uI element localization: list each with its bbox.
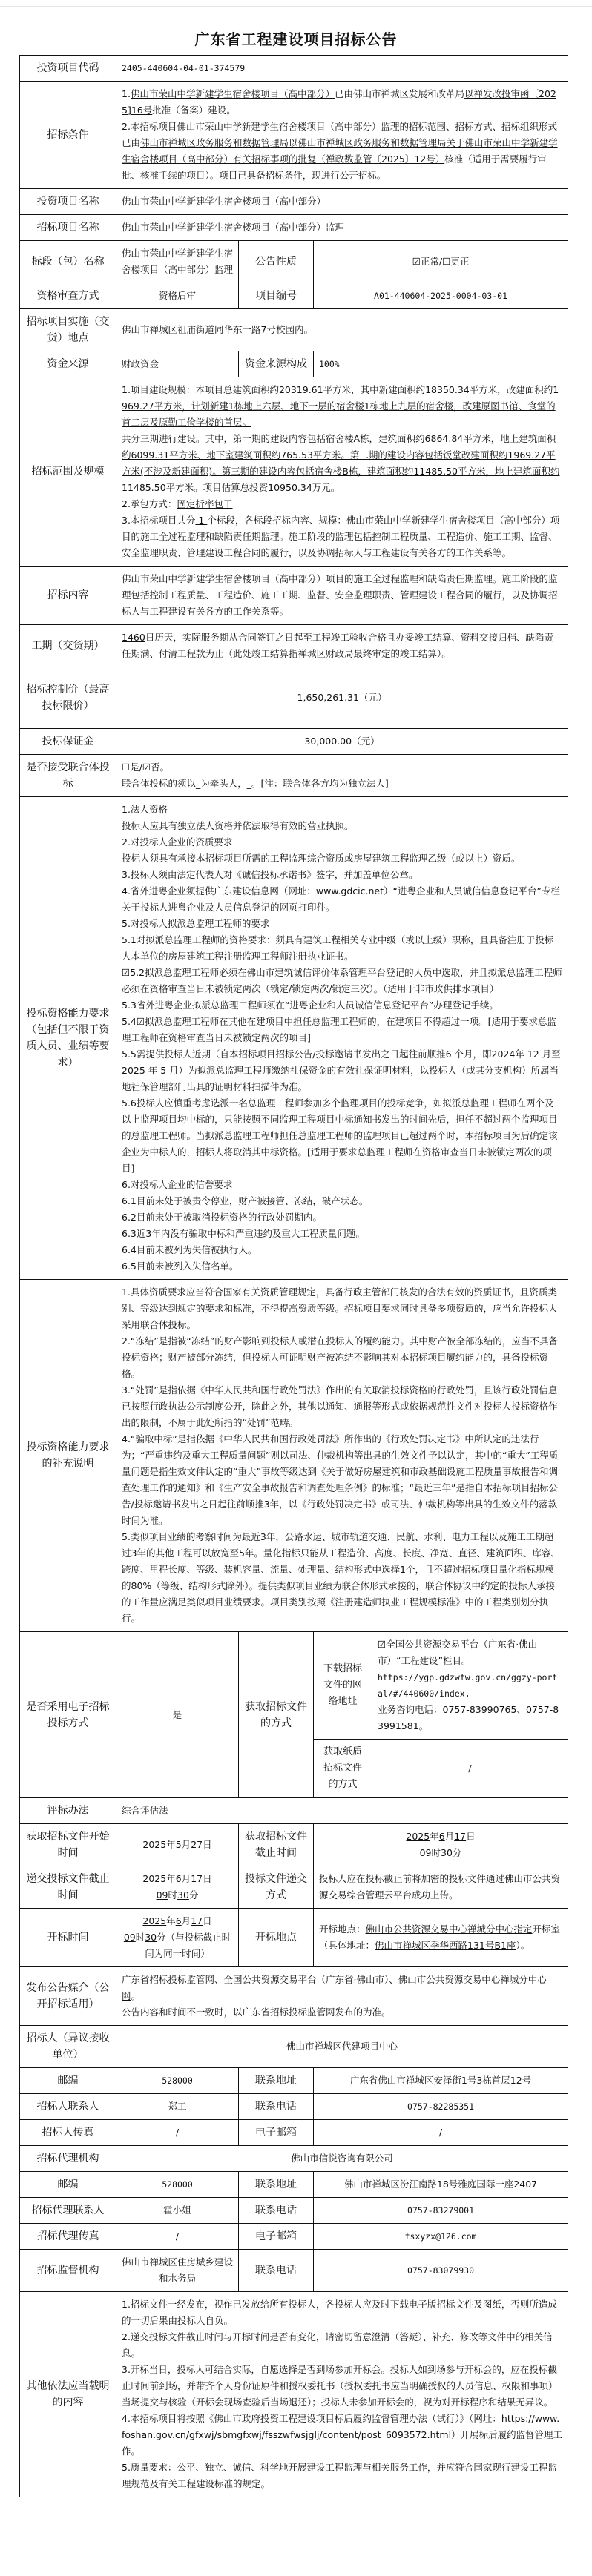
month: 6 bbox=[439, 1831, 445, 1842]
text: 2.本招标项目 bbox=[122, 121, 177, 132]
tenderer-fax-label: 招标人传真 bbox=[20, 2120, 116, 2146]
evaluation-value: 综合评估法 bbox=[116, 1798, 568, 1824]
other-line: 5.质量要求：公平、独立、诚信、科学地开展建设工程监理与相关服务工作，并应符合国… bbox=[122, 2460, 562, 2492]
tenderer-addr-value: 广东省佛山市禅城区安泽街1号3栋首层12号 bbox=[314, 2068, 568, 2094]
text: 广东省招标投标监管网、全国公共资源交易平台（广东省·佛山市）、 bbox=[122, 1974, 398, 1985]
qual-line: 投标人须具有承接本招标项目所需的工程监理综合资质或房屋建筑工程监理乙级（或以上）… bbox=[122, 851, 562, 867]
tenderer-fax-value: / bbox=[116, 2120, 239, 2146]
consult-phone: 业务咨询电话：0757-83990765、0757-83991581。 bbox=[378, 1702, 562, 1734]
consortium-note: 联合体投标的须以_为牵头人，_。[注：联合体各方均为独立法人] bbox=[122, 776, 562, 792]
qual-line: ☑5.2拟派总监理工程师必须在佛山市建筑诚信评价体系管理平台登记的人员中选取，并… bbox=[122, 965, 562, 997]
row-conditions: 招标条件 1.佛山市荣山中学新建学生宿舍楼项目（高中部分）已由佛山市禅城区发展和… bbox=[20, 82, 568, 189]
text: 以 bbox=[289, 137, 298, 148]
tenderer-contact-label: 招标人联系人 bbox=[20, 2094, 116, 2120]
qual-line: 投标人应具有独立法人资格并依法取得有效的营业执照。 bbox=[122, 818, 562, 834]
minute: 30 bbox=[177, 1889, 189, 1900]
row-agency-post: 邮编 528000 联系地址 佛山市禅城区汾江南路18号雅庭国际一座2407 bbox=[20, 2172, 568, 2198]
obtain-end-value: 2025年6月17日09时30分 bbox=[314, 1824, 568, 1866]
scope-value: 1.项目建设规模：本项目总建筑面积约20319.61平方米，其中新建面积约183… bbox=[116, 377, 568, 567]
bid-name-label: 招标项目名称 bbox=[20, 215, 116, 241]
row-funding: 资金来源 财政资金 资金来源构成 100% bbox=[20, 351, 568, 377]
other-label: 其他依法应当载明的内容 bbox=[20, 2292, 116, 2497]
row-agency-contact: 招标代理联系人 霍小姐 联系电话 0757-83279001 bbox=[20, 2198, 568, 2224]
opening-place-label: 开标地点 bbox=[239, 1909, 314, 1967]
minute: 30 bbox=[145, 1932, 157, 1943]
text: 1.项目建设规模： bbox=[122, 384, 195, 395]
year: 2025 bbox=[142, 1873, 166, 1884]
platform-text: ☑全国公共资源交易平台（广东省·佛山市）“工程建设”栏目。 bbox=[378, 1637, 562, 1669]
section-value: 佛山市荣山中学新建学生宿舍楼项目（高中部分）监理 bbox=[116, 241, 239, 283]
text: 1. bbox=[122, 88, 131, 99]
other-value: 1.招标文件一经发布，视作已发放给所有投标人，各投标人应及时下载电子版招标文件及… bbox=[116, 2292, 568, 2497]
agency-phone-label: 联系电话 bbox=[239, 2198, 314, 2224]
qual-line: 5.1对拟派总监理工程师的资格要求：须具有建筑工程相关专业中级（或以上级）职称，… bbox=[122, 932, 562, 965]
agency-post-label: 邮编 bbox=[20, 2172, 116, 2198]
text: 已由佛山市禅城区发展和改革局 bbox=[335, 88, 464, 99]
location-value: 佛山市禅城区祖庙街道同华东一路7号校园内。 bbox=[116, 309, 568, 351]
submit-method-value: 投标人应在投标截止前将加密的投标文件通过佛山市公共资源交易综合管理云平台成功上传… bbox=[314, 1866, 568, 1909]
agency-email-value[interactable]: fsxyzx@126.com bbox=[314, 2224, 568, 2250]
agency-value: 佛山市信悦咨询有限公司 bbox=[116, 2146, 568, 2172]
qual-line: 4.省外进粤企业须提供广东建设信息网（网址：www.gdcic.net）“进粤企… bbox=[122, 883, 562, 916]
year: 2025 bbox=[142, 1915, 166, 1926]
row-bid-name: 招标项目名称 佛山市荣山中学新建学生宿舍楼项目（高中部分）监理 bbox=[20, 215, 568, 241]
qual-line: 6.2目前未处于被取消投标资格的行政处罚期内。 bbox=[122, 1209, 562, 1226]
tenderer-phone-value: 0757-82285351 bbox=[314, 2094, 568, 2120]
invest-name-label: 投资项目名称 bbox=[20, 189, 116, 215]
funding-label: 资金来源 bbox=[20, 351, 116, 377]
row-scope: 招标范围及规模 1.项目建设规模：本项目总建筑面积约20319.61平方米，其中… bbox=[20, 377, 568, 567]
invest-code-label: 投资项目代码 bbox=[20, 56, 116, 82]
tenderer-email-value: / bbox=[314, 2120, 568, 2146]
consortium-label: 是否接受联合体投标 bbox=[20, 755, 116, 797]
funding-value: 财政资金 bbox=[116, 351, 239, 377]
agency-post-value: 528000 bbox=[116, 2172, 239, 2198]
content-label: 招标内容 bbox=[20, 567, 116, 625]
bid-name-value: 佛山市荣山中学新建学生宿舍楼项目（高中部分）监理 bbox=[116, 215, 568, 241]
row-opening: 开标时间 2025年6月17日09时30分（与投标截止时间为同一时间） 开标地点… bbox=[20, 1909, 568, 1967]
agency-label: 招标代理机构 bbox=[20, 2146, 116, 2172]
qual-line: 2.对投标人企业的资质要求 bbox=[122, 834, 562, 851]
month: 6 bbox=[176, 1873, 182, 1884]
invest-name-value: 佛山市荣山中学新建学生宿舍楼项目（高中部分） bbox=[116, 189, 568, 215]
qual-line: 6.1目前未处于被责令停业，财产被接管、冻结，破产状态。 bbox=[122, 1193, 562, 1209]
qualification-label: 投标资格能力要求（包括但不限于资质人员、业绩等要求） bbox=[20, 797, 116, 1280]
media-note: 公告内容和时间不一致时，以广东省招标投标监管网发布的为准。 bbox=[122, 2007, 391, 2018]
page-bottom-space bbox=[0, 2497, 592, 2542]
paper-label: 获取纸质招标文件的方式 bbox=[314, 1740, 372, 1798]
conditions-value: 1.佛山市荣山中学新建学生宿舍楼项目（高中部分）已由佛山市禅城区发展和改革局以禅… bbox=[116, 82, 568, 189]
agency-email-label: 电子邮箱 bbox=[239, 2224, 314, 2250]
conditions-label: 招标条件 bbox=[20, 82, 116, 189]
period-value: 1460日历天，实际服务期从合同签订之日起至工程竣工验收合格且办妥竣工结算、资料… bbox=[116, 625, 568, 667]
row-tenderer-fax: 招标人传真 / 电子邮箱 / bbox=[20, 2120, 568, 2146]
electronic-label: 是否采用电子招标投标方式 bbox=[20, 1632, 116, 1798]
row-submit: 递交投标文件截止时间 2025年6月17日09时30分 投标文件递交方式 投标人… bbox=[20, 1866, 568, 1909]
supp-line: 2.“冻结”是指被“冻结”的财产影响到投标人或潜在投标人的履约能力。其中财产被全… bbox=[122, 1333, 562, 1382]
code-value: A01-440604-2025-0004-03-01 bbox=[314, 283, 568, 309]
supp-line: 4.“骗取中标”是指依据《中华人民共和国行政处罚法》所作出的《行政处罚决定书》中… bbox=[122, 1431, 562, 1529]
obtain-start-value: 2025年5月27日 bbox=[116, 1824, 239, 1866]
qualification-value: 1.法人资格 投标人应具有独立法人资格并依法取得有效的营业执照。 2.对投标人企… bbox=[116, 797, 568, 1280]
qual-line: 3.投标人须由法定代表人对《诚信投标承诺书》签字，并加盖单位公章。 bbox=[122, 867, 562, 883]
electronic-value: 是 bbox=[116, 1632, 239, 1798]
qual-line: 5.对投标人拟派总监理工程师的要求 bbox=[122, 916, 562, 932]
row-supervisor: 招标监督机构 佛山市禅城区住房城乡建设和水务局 联系电话 0757-830799… bbox=[20, 2250, 568, 2292]
row-electronic: 是否采用电子招标投标方式 是 获取招标文件的方式 下载招标文件的网络地址 ☑全国… bbox=[20, 1632, 568, 1740]
tenderer-phone-label: 联系电话 bbox=[239, 2094, 314, 2120]
row-obtain-time: 获取招标文件开始时间 2025年5月27日 获取招标文件截止时间 2025年6月… bbox=[20, 1824, 568, 1866]
time-note: （与投标截止时间为同一时间） bbox=[145, 1932, 231, 1959]
agency-fax-value: / bbox=[116, 2224, 239, 2250]
other-line: 2.递交投标文件截止时间与开标时间是否有变化，请密切留意澄清（答疑）、补充、修改… bbox=[122, 2329, 562, 2362]
page-title: 广东省工程建设项目招标公告 bbox=[0, 7, 592, 55]
submit-label: 递交投标文件截止时间 bbox=[20, 1866, 116, 1909]
text: 开标地点： bbox=[319, 1923, 366, 1935]
other-line: 3.开标当日，投标人可结合实际，自愿选择是否到场参加开标会。投标人如到场参与开标… bbox=[122, 2362, 562, 2411]
row-tenderer-contact: 招标人联系人 郑工 联系电话 0757-82285351 bbox=[20, 2094, 568, 2120]
qual-line: 5.6投标人应慎重考虑选派一名总监理工程师参加多个监理项目的投标竞争，如拟派总监… bbox=[122, 1095, 562, 1177]
qual-line: 6.4目前未被列为失信被执行人。 bbox=[122, 1242, 562, 1258]
day: 17 bbox=[191, 1873, 203, 1884]
opening-time: 2025年6月17日09时30分（与投标截止时间为同一时间） bbox=[116, 1909, 239, 1967]
qual-line: 6.对投标人企业的信誉要求 bbox=[122, 1177, 562, 1193]
day: 17 bbox=[191, 1915, 203, 1926]
text: 。 bbox=[131, 1990, 141, 2001]
day: 27 bbox=[191, 1839, 203, 1850]
code-label: 项目编号 bbox=[239, 283, 314, 309]
price-value: 1,650,261.31（元） bbox=[116, 667, 568, 729]
qual-line: 5.3省外进粤企业拟派总监理工程师须在“进粤企业和人员诚信信息登记平台”办理登记… bbox=[122, 997, 562, 1014]
supp-line: 1.具体资质要求应当符合国家有关资质管理规定，具备行政主管部门核发的合法有效的资… bbox=[122, 1284, 562, 1333]
tenderer-addr-label: 联系地址 bbox=[239, 2068, 314, 2094]
download-label: 下载招标文件的网络地址 bbox=[314, 1632, 372, 1740]
text: 以 bbox=[464, 88, 474, 99]
row-period: 工期（交货期） 1460日历天，实际服务期从合同签订之日起至工程竣工验收合格且办… bbox=[20, 625, 568, 667]
obtain-method-label: 获取招标文件的方式 bbox=[239, 1632, 314, 1798]
venue: 佛山市公共资源交易中心禅城分中心指定 bbox=[366, 1923, 533, 1935]
hour: 09 bbox=[157, 1889, 168, 1900]
nature-value: ☑正常/☐更正 bbox=[314, 241, 568, 283]
supplement-label: 投标资格能力要求的补充说明 bbox=[20, 1280, 116, 1632]
row-other: 其他依法应当载明的内容 1.招标文件一经发布，视作已发放给所有投标人，各投标人应… bbox=[20, 2292, 568, 2497]
text: 3.本招标项目共分 bbox=[122, 515, 195, 526]
project-name-link: 佛山市荣山中学新建学生宿舍楼项目（高中部分） bbox=[131, 88, 335, 99]
phases-text: 共分三期进行建设。其中，第一期的建设内容包括宿舍楼A栋，建筑面积约6864.84… bbox=[122, 433, 559, 493]
row-price: 招标控制价（最高投标限价） 1,650,261.31（元） bbox=[20, 667, 568, 729]
minute: 30 bbox=[441, 1847, 453, 1858]
nature-label: 公告性质 bbox=[239, 241, 314, 283]
other-line: 1.招标文件一经发布，视作已发放给所有投标人，各投标人应及时下载电子版招标文件及… bbox=[122, 2296, 562, 2329]
qual-line: 6.3近3年内没有骗取中标和严重违约及重大工程质量问题。 bbox=[122, 1226, 562, 1242]
address: 佛山市禅城区季华西路131号B1座 bbox=[375, 1940, 516, 1951]
hour: 09 bbox=[420, 1847, 432, 1858]
days: 1460 bbox=[122, 632, 145, 643]
period-label: 工期（交货期） bbox=[20, 625, 116, 667]
price-label: 招标控制价（最高投标限价） bbox=[20, 667, 116, 729]
content-value: 佛山市荣山中学新建学生宿舍楼项目（高中部分）项目的施工全过程监理和缺陷责任期监理… bbox=[116, 567, 568, 625]
supplement-value: 1.具体资质要求应当符合国家有关资质管理规定，具备行政主管部门核发的合法有效的资… bbox=[116, 1280, 568, 1632]
agency-addr-value: 佛山市禅城区汾江南路18号雅庭国际一座2407 bbox=[314, 2172, 568, 2198]
media-label: 发布公告媒介（公开招标适用） bbox=[20, 1967, 116, 2026]
row-tenderer-post: 邮编 528000 联系地址 广东省佛山市禅城区安泽街1号3栋首层12号 bbox=[20, 2068, 568, 2094]
evaluation-label: 评标办法 bbox=[20, 1798, 116, 1824]
agency-addr-label: 联系地址 bbox=[239, 2172, 314, 2198]
month: 6 bbox=[176, 1915, 182, 1926]
qual-line: 6.5目前未被列入失信名单。 bbox=[122, 1258, 562, 1275]
row-invest-name: 投资项目名称 佛山市荣山中学新建学生宿舍楼项目（高中部分） bbox=[20, 189, 568, 215]
authority: 佛山市禅城区政务服务和数据管理局 bbox=[140, 137, 289, 148]
tenderer-value: 佛山市禅城区代建项目中心 bbox=[116, 2026, 568, 2068]
consortium-choice: ☐是/☑否。 bbox=[122, 759, 562, 776]
agency-phone-value: 0757-83279001 bbox=[314, 2198, 568, 2224]
invest-code-value: 2405-440604-04-01-374579 bbox=[116, 56, 568, 82]
row-invest-code: 投资项目代码 2405-440604-04-01-374579 bbox=[20, 56, 568, 82]
agency-fax-label: 招标代理传真 bbox=[20, 2224, 116, 2250]
tenderer-post-label: 邮编 bbox=[20, 2068, 116, 2094]
notice-table: 投资项目代码 2405-440604-04-01-374579 招标条件 1.佛… bbox=[19, 55, 568, 2497]
qual-line: 1.法人资格 bbox=[122, 802, 562, 818]
row-consortium: 是否接受联合体投标 ☐是/☑否。 联合体投标的须以_为牵头人，_。[注：联合体各… bbox=[20, 755, 568, 797]
funding-ratio-value: 100% bbox=[314, 351, 568, 377]
hour: 09 bbox=[124, 1932, 136, 1943]
download-url-link[interactable]: https://ygp.gdzwfw.gov.cn/ggzy-portal/#/… bbox=[378, 1669, 562, 1702]
deposit-value: 30,000.00（元） bbox=[116, 729, 568, 755]
submit-time: 2025年6月17日09时30分 bbox=[116, 1866, 239, 1909]
agency-contact-value: 霍小姐 bbox=[116, 2198, 239, 2224]
year: 2025 bbox=[406, 1831, 430, 1842]
row-agency-fax: 招标代理传真 / 电子邮箱 fsxyzx@126.com bbox=[20, 2224, 568, 2250]
text: 日历天，实际服务期从合同签订之日起至工程竣工验收合格且办妥竣工结算、资料交接归档… bbox=[122, 632, 553, 659]
row-section: 标段（包）名称 佛山市荣山中学新建学生宿舍楼项目（高中部分）监理 公告性质 ☑正… bbox=[20, 241, 568, 283]
qual-line: 5.4☑拟派总监理工程师在其他在建项目中担任总监理工程师的，在建项目不得超过一项… bbox=[122, 1014, 562, 1046]
other-line: 4.本招标项目将按照《佛山市政府投资工程建设项目标后履约监督管理办法（试行）》（… bbox=[122, 2411, 562, 2460]
review-value: 资格后审 bbox=[116, 283, 239, 309]
obtain-start-label: 获取招标文件开始时间 bbox=[20, 1824, 116, 1866]
tenderer-label: 招标人（异议接收单位） bbox=[20, 2026, 116, 2068]
supervisor-value: 佛山市禅城区住房城乡建设和水务局 bbox=[116, 2250, 239, 2292]
row-agency: 招标代理机构 佛山市信悦咨询有限公司 bbox=[20, 2146, 568, 2172]
opening-label: 开标时间 bbox=[20, 1909, 116, 1967]
row-qualification: 投标资格能力要求（包括但不限于资质人员、业绩等要求） 1.法人资格 投标人应具有… bbox=[20, 797, 568, 1280]
obtain-end-label: 获取招标文件截止时间 bbox=[239, 1824, 314, 1866]
submit-method-label: 投标文件递交方式 bbox=[239, 1866, 314, 1909]
paper-value: / bbox=[372, 1740, 568, 1798]
row-review: 资格审查方式 资格后审 项目编号 A01-440604-2025-0004-03… bbox=[20, 283, 568, 309]
consortium-value: ☐是/☑否。 联合体投标的须以_为牵头人，_。[注：联合体各方均为独立法人] bbox=[116, 755, 568, 797]
year: 2025 bbox=[142, 1839, 166, 1850]
media-value: 广东省招标投标监管网、全国公共资源交易平台（广东省·佛山市）、佛山市公共资源交易… bbox=[116, 1967, 568, 2026]
supervisor-phone-value: 0757-83079930 bbox=[314, 2250, 568, 2292]
section-count: 1 bbox=[195, 515, 207, 526]
supp-line: 3.“处罚”是指依据《中华人民共和国行政处罚法》作出的有关取消投标资格的行政处罚… bbox=[122, 1382, 562, 1431]
review-label: 资格审查方式 bbox=[20, 283, 116, 309]
text: 批准（备案）建设。 bbox=[152, 105, 236, 116]
qual-line: 5.5需提供投标人近期（自本招标项目招标公告/投标邀请书发出之日起往前顺推6 个… bbox=[122, 1046, 562, 1095]
section-label: 标段（包）名称 bbox=[20, 241, 116, 283]
download-value: ☑全国公共资源交易平台（广东省·佛山市）“工程建设”栏目。 https://yg… bbox=[372, 1632, 568, 1740]
row-location: 招标项目实施（交货）地点 佛山市禅城区祖庙街道同华东一路7号校园内。 bbox=[20, 309, 568, 351]
row-supplement: 投标资格能力要求的补充说明 1.具体资质要求应当符合国家有关资质管理规定，具备行… bbox=[20, 1280, 568, 1632]
row-deposit: 投标保证金 30,000.00（元） bbox=[20, 729, 568, 755]
day: 17 bbox=[454, 1831, 466, 1842]
tenderer-post-value: 528000 bbox=[116, 2068, 239, 2094]
supervisor-label: 招标监督机构 bbox=[20, 2250, 116, 2292]
bid-name: 佛山市荣山中学新建学生宿舍楼项目（高中部分）监理 bbox=[177, 121, 399, 132]
location-label: 招标项目实施（交货）地点 bbox=[20, 309, 116, 351]
tenderer-email-label: 电子邮箱 bbox=[239, 2120, 314, 2146]
text: 2.承包方式： bbox=[122, 498, 177, 509]
row-evaluation: 评标办法 综合评估法 bbox=[20, 1798, 568, 1824]
opening-place-value: 开标地点：佛山市公共资源交易中心禅城分中心指定开标室（具体地址：佛山市禅城区季华… bbox=[314, 1909, 568, 1967]
supp-line: 5.类似项目业绩的考察时间为最近3年，公路水运、城市轨道交通、民航、水利、电力工… bbox=[122, 1529, 562, 1627]
supervisor-phone-label: 联系电话 bbox=[239, 2250, 314, 2292]
row-media: 发布公告媒介（公开招标适用） 广东省招标投标监管网、全国公共资源交易平台（广东省… bbox=[20, 1967, 568, 2026]
agency-contact-label: 招标代理联系人 bbox=[20, 2198, 116, 2224]
top-divider bbox=[0, 0, 592, 7]
text: ）。 bbox=[516, 1940, 530, 1951]
scope-label: 招标范围及规模 bbox=[20, 377, 116, 567]
funding-ratio-label: 资金来源构成 bbox=[239, 351, 314, 377]
tenderer-contact-value: 郑工 bbox=[116, 2094, 239, 2120]
contract-mode: 固定折率包干 bbox=[177, 498, 232, 509]
row-tenderer: 招标人（异议接收单位） 佛山市禅城区代建项目中心 bbox=[20, 2026, 568, 2068]
row-content: 招标内容 佛山市荣山中学新建学生宿舍楼项目（高中部分）项目的施工全过程监理和缺陷… bbox=[20, 567, 568, 625]
deposit-label: 投标保证金 bbox=[20, 729, 116, 755]
month: 5 bbox=[176, 1839, 182, 1850]
